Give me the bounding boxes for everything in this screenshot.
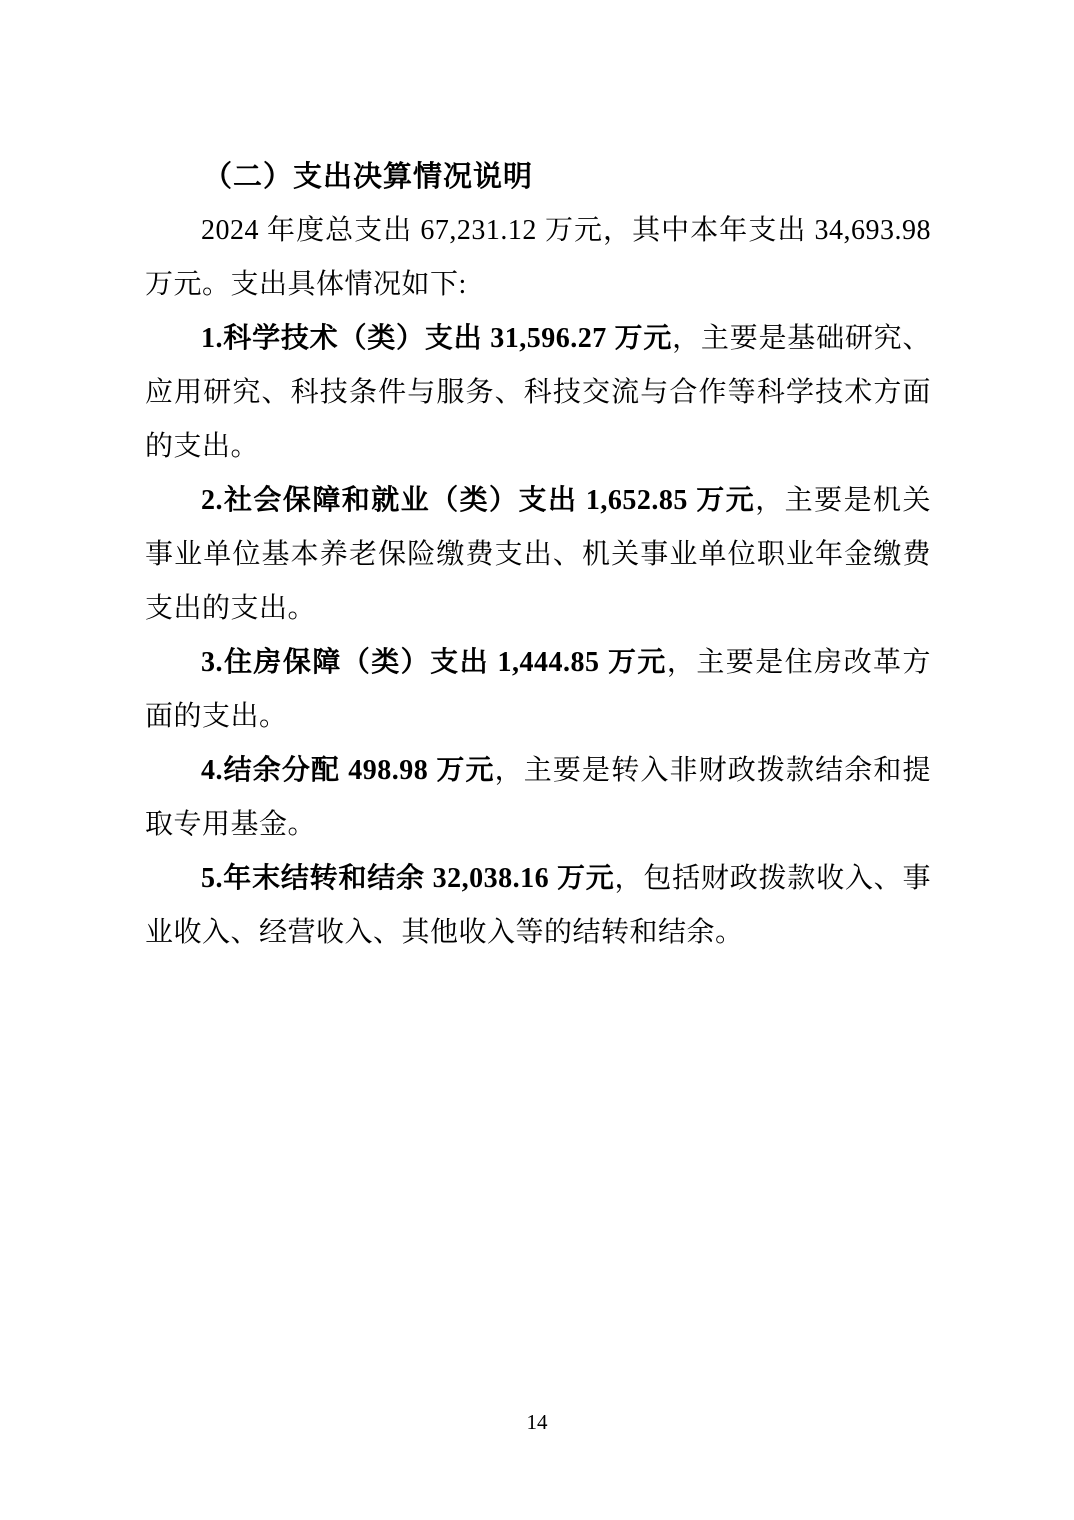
paragraph-item-3-housing-security: 3.住房保障（类）支出 1,444.85 万元，主要是住房改革方面的支出。: [145, 636, 931, 744]
document-page: （二）支出决算情况说明 2024 年度总支出 67,231.12 万元，其中本年…: [0, 0, 1074, 1520]
paragraph-text: 2024 年度总支出 67,231.12 万元，其中本年支出 34,693.98…: [145, 215, 931, 300]
page-number: 14: [0, 1408, 1074, 1436]
paragraph-item-2-social-security: 2.社会保障和就业（类）支出 1,652.85 万元，主要是机关事业单位基本养老…: [145, 474, 931, 636]
paragraph-lead: 2.社会保障和就业（类）支出 1,652.85 万元: [201, 485, 755, 516]
paragraph-total-expenditure: 2024 年度总支出 67,231.12 万元，其中本年支出 34,693.98…: [145, 204, 931, 312]
paragraph-lead: 4.结余分配 498.98 万元: [201, 755, 495, 786]
section-heading: （二）支出决算情况说明: [145, 150, 931, 204]
paragraph-item-4-surplus-distribution: 4.结余分配 498.98 万元，主要是转入非财政拨款结余和提取专用基金。: [145, 744, 931, 852]
paragraph-lead: 5.年末结转和结余 32,038.16 万元: [201, 863, 615, 894]
paragraph-lead: 1.科学技术（类）支出 31,596.27 万元: [201, 323, 672, 354]
document-body: （二）支出决算情况说明 2024 年度总支出 67,231.12 万元，其中本年…: [145, 150, 931, 960]
paragraph-lead: 3.住房保障（类）支出 1,444.85 万元: [201, 647, 667, 678]
paragraph-item-1-science-technology: 1.科学技术（类）支出 31,596.27 万元，主要是基础研究、应用研究、科技…: [145, 312, 931, 474]
paragraph-item-5-year-end-carryover: 5.年末结转和结余 32,038.16 万元，包括财政拨款收入、事业收入、经营收…: [145, 852, 931, 960]
